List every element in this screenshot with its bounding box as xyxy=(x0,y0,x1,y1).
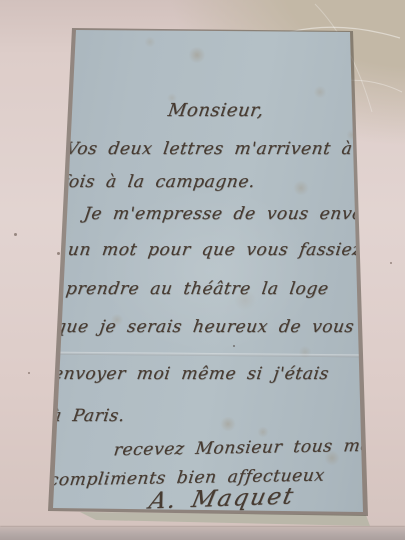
fold-crease xyxy=(40,352,377,358)
dust-speck xyxy=(14,233,17,236)
letter-line: fois à la campagne. xyxy=(61,172,257,192)
letter-line: prendre au théâtre la loge xyxy=(65,279,330,299)
letter-line: un mot pour que vous fassiez xyxy=(67,240,364,260)
letter-line: que je serais heureux de vous xyxy=(54,317,356,337)
letter-line: à Paris. xyxy=(50,406,127,426)
letter-line: Vos deux lettres m'arrivent à la xyxy=(65,139,382,159)
table-edge-strip xyxy=(0,527,405,540)
letter-closing: recevez Monsieur tous mes xyxy=(112,436,381,461)
letter-salutation: Monsieur, xyxy=(167,100,266,121)
photo-of-letter: Monsieur, Vos deux lettres m'arrivent à … xyxy=(0,0,405,540)
dust-speck xyxy=(390,262,392,264)
letter-line: envoyer moi même si j'étais xyxy=(52,364,331,384)
ink-speck xyxy=(233,345,235,347)
dust-speck xyxy=(57,252,60,255)
letter-line: Je m'empresse de vous envoyer xyxy=(83,204,394,224)
dust-speck xyxy=(28,372,30,374)
